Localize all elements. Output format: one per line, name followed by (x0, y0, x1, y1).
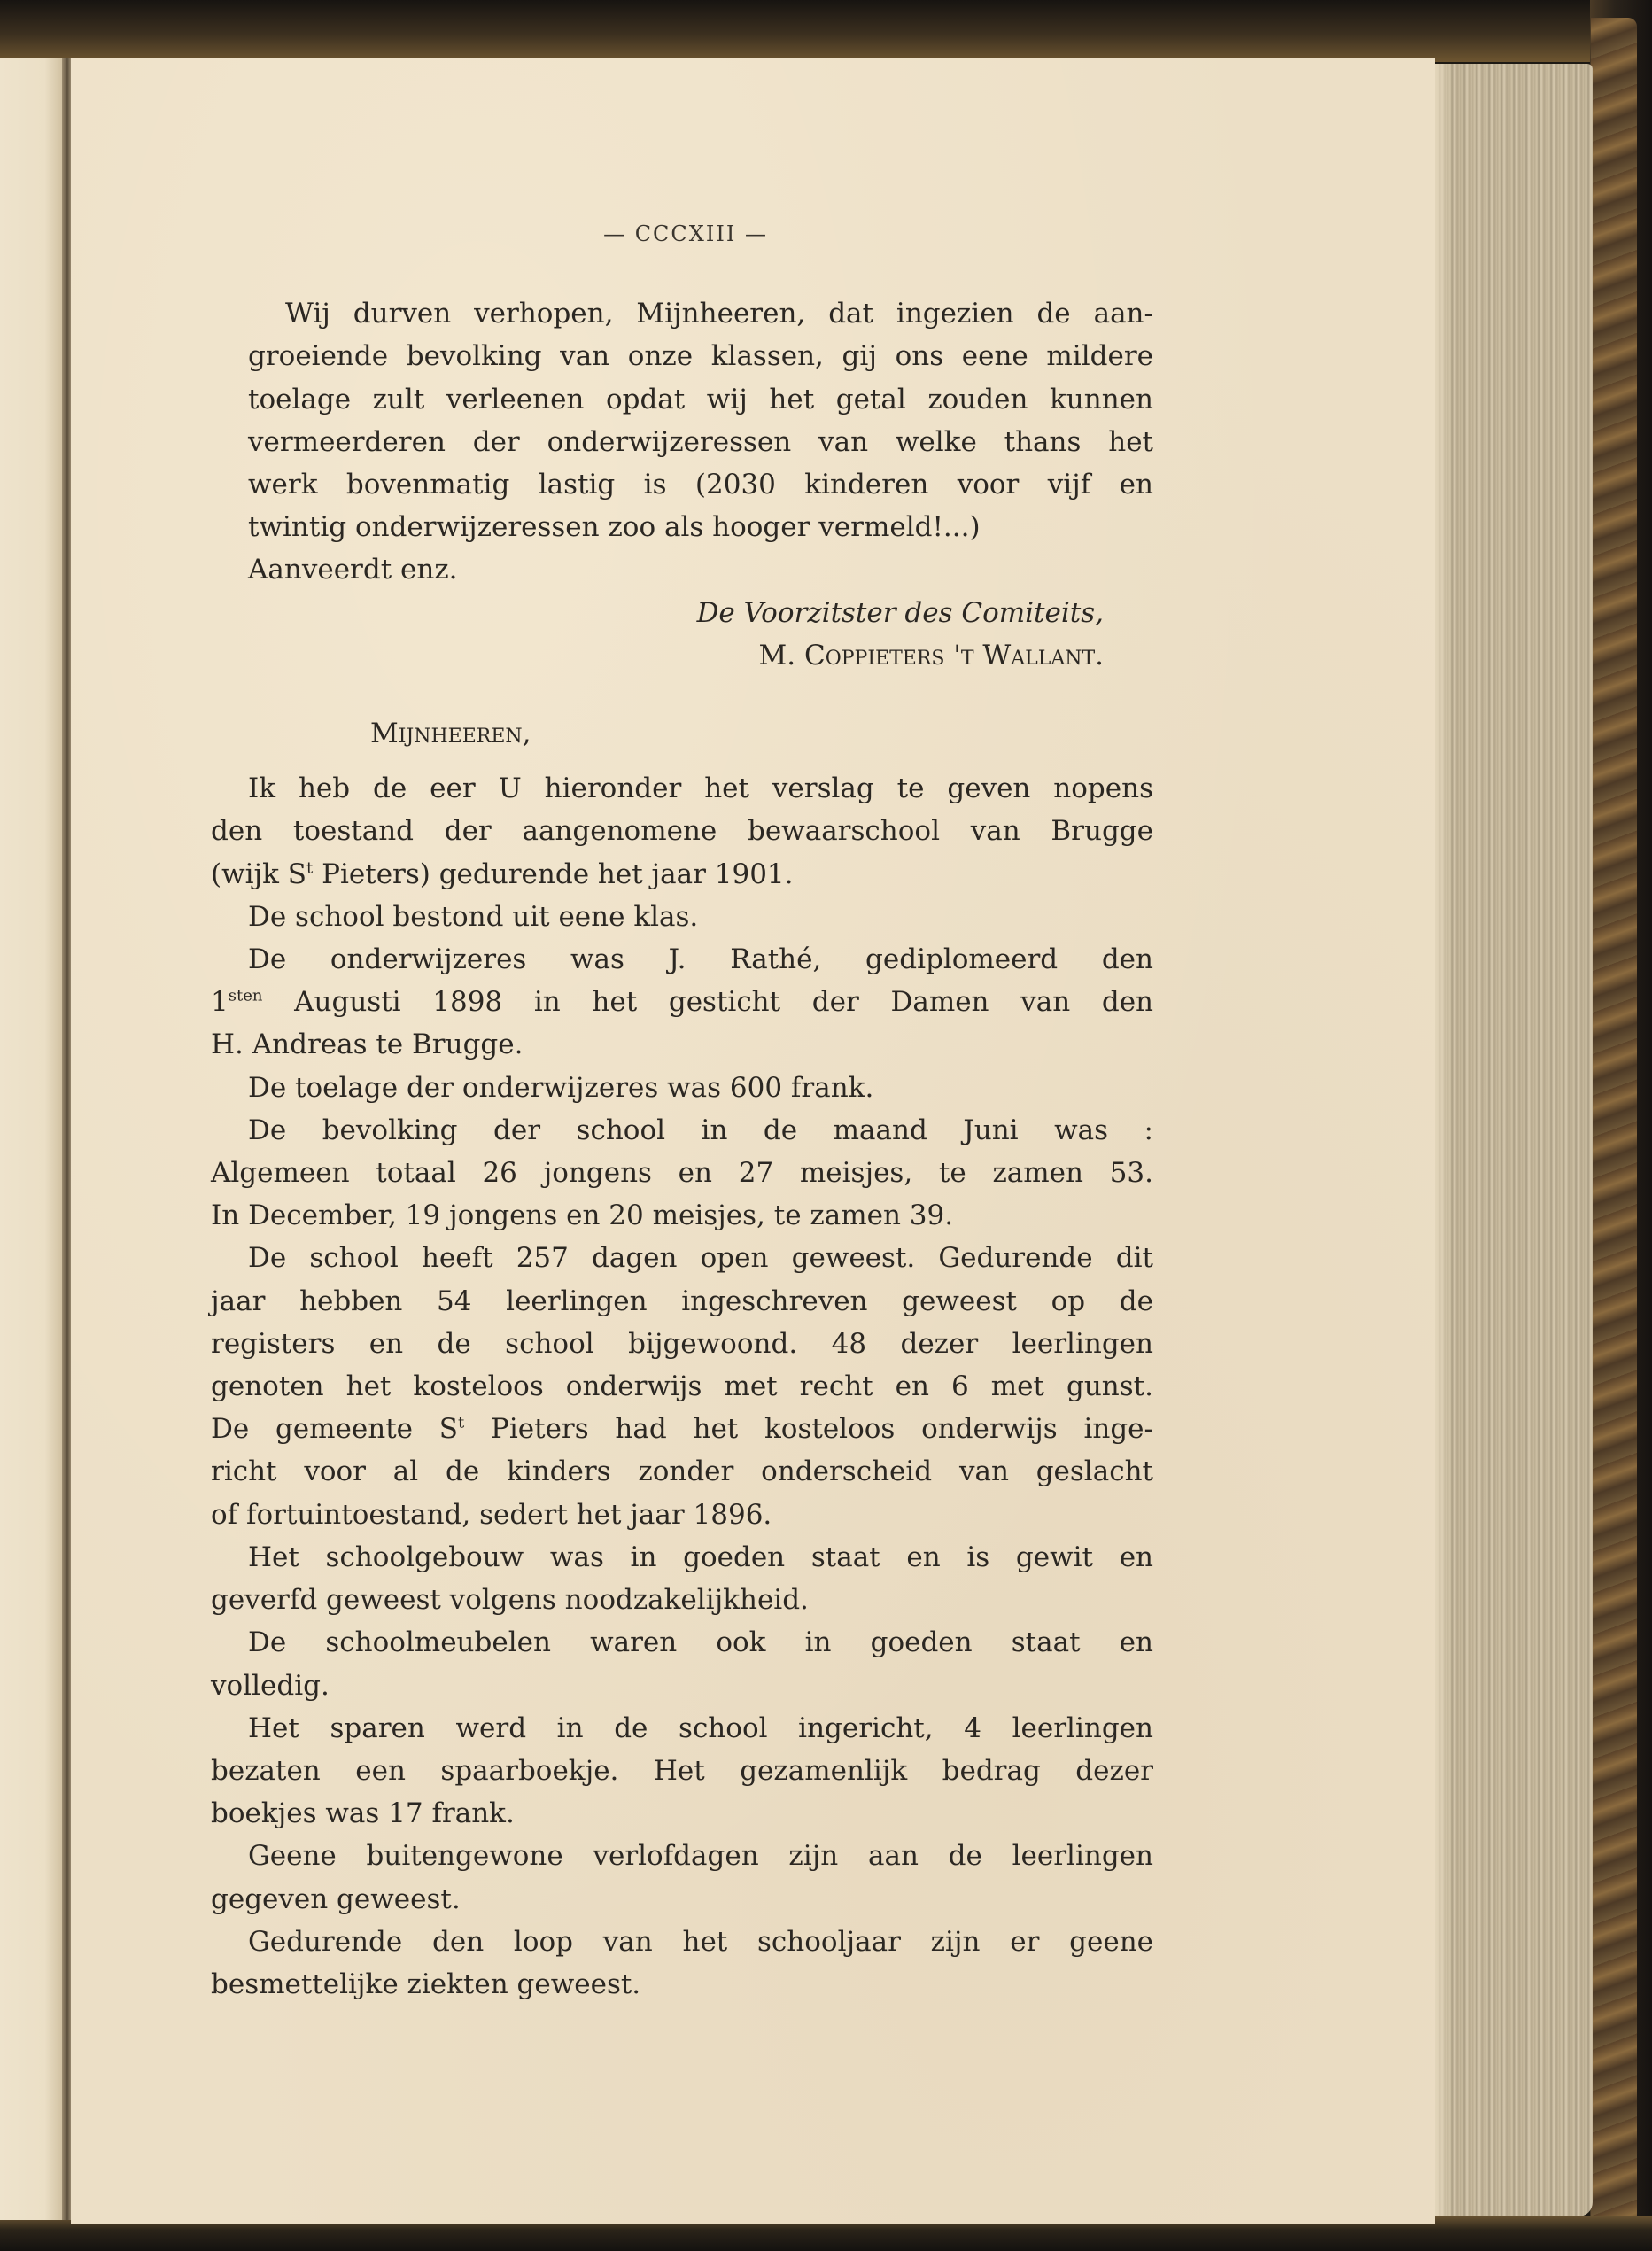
text-line: jaar hebben 54 leerlingen ingeschreven g… (211, 1280, 1153, 1323)
text-line: De school heeft 257 dagen open geweest. … (211, 1237, 1153, 1279)
text-line: In December, 19 jongens en 20 meisjes, t… (211, 1194, 1153, 1237)
report-paragraph: Geene buitengewone verlofdagen zijn aan … (211, 1835, 1153, 1920)
superscript: t (458, 1414, 464, 1432)
text-line: boekjes was 17 frank. (211, 1792, 1153, 1835)
closing-paragraph: Wij durven verhopen, Mijnheeren, dat ing… (211, 292, 1153, 548)
text-line: Geene buitengewone verlofdagen zijn aan … (211, 1835, 1153, 1877)
text-line: Ik heb de eer U hieronder het verslag te… (211, 767, 1153, 810)
text-line: Gedurende den loop van het schooljaar zi… (211, 1921, 1153, 1963)
text-line: De schoolmeubelen waren ook in goeden st… (211, 1621, 1153, 1664)
report-paragraph: De toelage der onderwijzeres was 600 fra… (211, 1067, 1153, 1109)
text-line: volledig. (211, 1665, 1153, 1707)
superscript: t (306, 858, 313, 877)
text-line: (wijk St Pieters) gedurende het jaar 190… (211, 853, 1153, 896)
report-paragraph: De school bestond uit eene klas. (211, 896, 1153, 938)
report-paragraph: De onderwijzeres was J. Rathé, gediplome… (211, 938, 1153, 1067)
superscript: sten (229, 987, 263, 1005)
book-cover-marbled-edge (1591, 18, 1637, 2224)
text-line: vermeerderen der onderwijzeressen van we… (211, 421, 1153, 463)
left-page-strip (0, 58, 64, 2220)
book-cover-top (0, 0, 1652, 62)
text-line: richt voor al de kinders zonder ondersch… (211, 1450, 1153, 1493)
report-paragraph: De schoolmeubelen waren ook in goeden st… (211, 1621, 1153, 1706)
report-paragraph: Ik heb de eer U hieronder het verslag te… (211, 767, 1153, 896)
text-line: bezaten een spaarboekje. Het gezamenlijk… (211, 1750, 1153, 1792)
report-body: Ik heb de eer U hieronder het verslag te… (211, 767, 1153, 2006)
report-paragraph: Het schoolgebouw was in goeden staat en … (211, 1536, 1153, 1621)
closing-formula: Aanveerdt enz. (211, 548, 1153, 591)
signature-name: M. Coppieters 't Wallant. (211, 634, 1153, 677)
text-line: De gemeente St Pieters had het kosteloos… (211, 1408, 1153, 1450)
report-paragraph: Gedurende den loop van het schooljaar zi… (211, 1921, 1153, 2006)
signature-title: De Voorzitster des Comiteits, (211, 592, 1153, 634)
page-edges-stack (1435, 64, 1593, 2216)
salutation: Mijnheeren, (211, 712, 1153, 755)
text-line: registers en de school bijgewoond. 48 de… (211, 1323, 1153, 1365)
page-number: — CCCXIII — (211, 213, 1153, 255)
report-paragraph: De bevolking der school in de maand Juni… (211, 1109, 1153, 1238)
text-line: groeiende bevolking van onze klassen, gi… (211, 335, 1153, 377)
text-line: of fortuintoestand, sedert het jaar 1896… (211, 1494, 1153, 1536)
text-line: De toelage der onderwijzeres was 600 fra… (211, 1067, 1153, 1109)
text-line: genoten het kosteloos onderwijs met rech… (211, 1365, 1153, 1408)
text-line: De school bestond uit eene klas. (211, 896, 1153, 938)
report-paragraph: De school heeft 257 dagen open geweest. … (211, 1237, 1153, 1535)
text-line: Algemeen totaal 26 jongens en 27 meisjes… (211, 1152, 1153, 1194)
text-line: geverfd geweest volgens noodzakelijkheid… (211, 1579, 1153, 1621)
text-line: Het sparen werd in de school ingericht, … (211, 1707, 1153, 1750)
text-line: Het schoolgebouw was in goeden staat en … (211, 1536, 1153, 1579)
text-line: twintig onderwijzeressen zoo als hooger … (211, 506, 1153, 548)
text-line: gegeven geweest. (211, 1878, 1153, 1921)
text-line: werk bovenmatig lastig is (2030 kinderen… (211, 463, 1153, 506)
text-line: De bevolking der school in de maand Juni… (211, 1109, 1153, 1152)
text-line: toelage zult verleenen opdat wij het get… (211, 378, 1153, 421)
text-line: besmettelijke ziekten geweest. (211, 1963, 1153, 2006)
text-line: De onderwijzeres was J. Rathé, gediplome… (211, 938, 1153, 981)
text-line: 1sten Augusti 1898 in het gesticht der D… (211, 981, 1153, 1023)
page-text: — CCCXIII — Wij durven verhopen, Mijnhee… (211, 213, 1153, 2006)
text-line: H. Andreas te Brugge. (211, 1023, 1153, 1066)
text-line: Wij durven verhopen, Mijnheeren, dat ing… (211, 292, 1153, 335)
text-line: den toestand der aangenomene bewaarschoo… (211, 810, 1153, 852)
report-paragraph: Het sparen werd in de school ingericht, … (211, 1707, 1153, 1836)
